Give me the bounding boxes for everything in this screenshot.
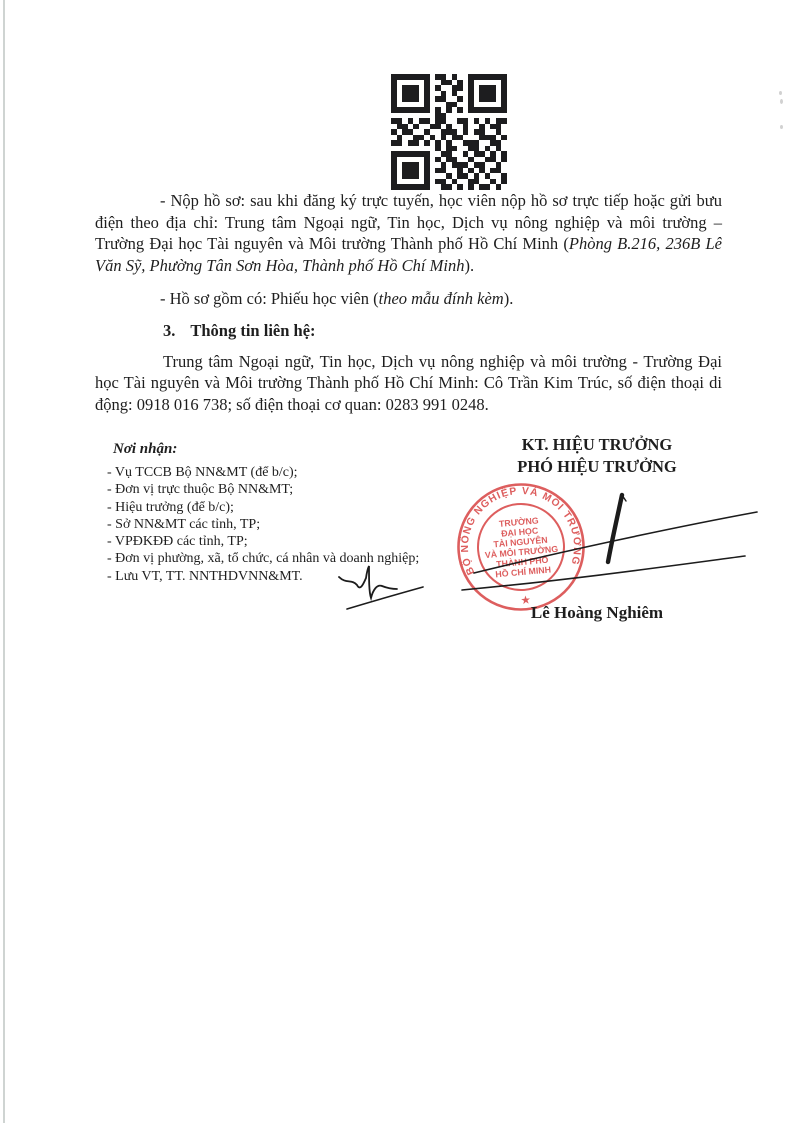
scan-speck <box>779 91 782 95</box>
signer-title-line1: KT. HIỆU TRƯỞNG <box>452 434 742 456</box>
section-heading-contact: 3.Thông tin liên hệ: <box>95 320 722 342</box>
qr-code <box>389 72 509 192</box>
signer-title-block: KT. HIỆU TRƯỞNG PHÓ HIỆU TRƯỞNG <box>452 434 742 477</box>
document-page: - Nộp hồ sơ: sau khi đăng ký trực tuyến,… <box>0 0 794 1123</box>
text-segment: ). <box>504 289 514 308</box>
signature-stroke <box>608 495 622 562</box>
section-title: Thông tin liên hệ: <box>190 321 315 340</box>
signer-title-line2: PHÓ HIỆU TRƯỞNG <box>452 456 742 478</box>
paragraph-contact-info: Trung tâm Ngoại ngữ, Tin học, Dịch vụ nô… <box>95 351 722 416</box>
text-segment: - Hồ sơ gồm có: Phiếu học viên ( <box>160 289 379 308</box>
official-stamp: BỘ NÔNG NGHIỆP VÀ MÔI TRƯỜNG ★ TRƯỜNG ĐẠ… <box>449 475 592 618</box>
recipient-item: - Hiệu trưởng (để b/c); <box>107 499 419 516</box>
recipient-item: - Vụ TCCB Bộ NN&MT (để b/c); <box>107 464 419 481</box>
recipient-item: - Đơn vị phường, xã, tổ chức, cá nhân và… <box>107 550 419 567</box>
recipient-item: - VPĐKĐĐ các tỉnh, TP; <box>107 533 419 550</box>
recipient-item: - Lưu VT, TT. NNTHDVNN&MT. <box>107 568 419 585</box>
recipient-item: - Sở NN&MT các tỉnh, TP; <box>107 516 419 533</box>
signature-stroke <box>622 495 626 501</box>
paragraph-submit-dossier: - Nộp hồ sơ: sau khi đăng ký trực tuyến,… <box>95 190 722 276</box>
scan-edge-artifact <box>3 0 5 1123</box>
text-segment: ). <box>464 256 474 275</box>
recipient-item: - Đơn vị trực thuộc Bộ NN&MT; <box>107 481 419 498</box>
scan-speck <box>780 99 783 104</box>
recipients-label: Nơi nhận: <box>113 441 177 458</box>
initials-underline <box>347 587 423 609</box>
text-segment: theo mẫu đính kèm <box>379 289 504 308</box>
signer-name: Lê Hoàng Nghiêm <box>452 603 742 623</box>
document-body: - Nộp hồ sơ: sau khi đăng ký trực tuyến,… <box>95 190 722 415</box>
section-number: 3. <box>163 321 175 340</box>
paragraph-dossier-contents: - Hồ sơ gồm có: Phiếu học viên (theo mẫu… <box>95 288 722 310</box>
scan-speck <box>780 125 783 129</box>
recipients-list: - Vụ TCCB Bộ NN&MT (để b/c);- Đơn vị trự… <box>107 464 419 585</box>
